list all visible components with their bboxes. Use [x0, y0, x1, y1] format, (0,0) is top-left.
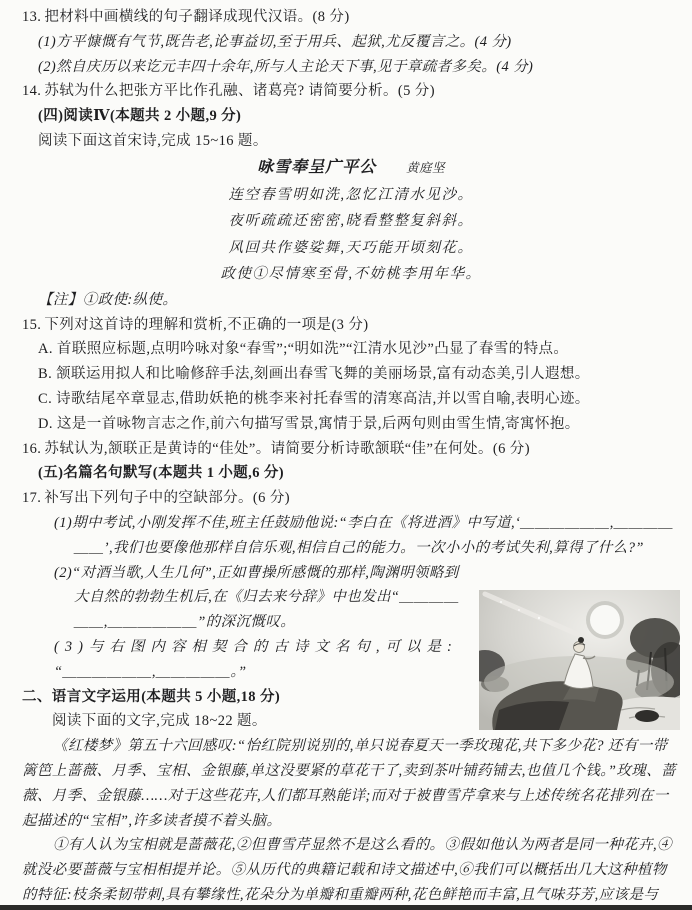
question-13-number: 13. [22, 9, 44, 25]
passage-paragraph-2: ①有人认为宝相就是蔷薇花,②但曹雪芹显然不是这么看的。③假如他认为两者是同一种花… [22, 833, 680, 907]
section-5-header: (五)名篇名句默写(本题共 1 小题,6 分) [22, 461, 680, 486]
poem-header: 咏雪奉呈广平公黄庭坚 [22, 154, 680, 182]
question-17-number: 17. [22, 490, 44, 506]
scan-edge-bar [0, 905, 692, 910]
poem-author: 黄庭坚 [406, 161, 445, 175]
question-15-number: 15. [22, 317, 44, 333]
question-13-item-1: (1)方平慷慨有气节,既告老,论事益切,至于用兵、起狱,尤反覆言之。(4 分) [22, 30, 680, 55]
question-16-number: 16. [22, 441, 44, 457]
passage-paragraph-1: 《红楼梦》第五十六回感叹:“怡红院别说别的,单只说春夏天一季玫瑰花,共下多少花?… [22, 734, 680, 833]
poem-line: 连空春雪明如洗,忽忆江清水见沙。 [22, 182, 680, 209]
question-17-text: 补写出下列句子中的空缺部分。(6 分) [44, 490, 290, 506]
question-14-text: 苏轼为什么把张方平比作孔融、诸葛亮? 请简要分析。(5 分) [44, 83, 435, 99]
question-15-option-a: A. 首联照应标题,点明吟咏对象“春雪”;“明如洗”“江清水见沙”凸显了春雪的特… [22, 337, 680, 362]
poem-line: 政使①尽情寒至骨,不妨桃李用年华。 [22, 261, 680, 288]
question-17-item-3-label: (3)与右图内容相契合的古诗文名句,可以是: [54, 639, 458, 655]
question-15-option-c: C. 诗歌结尾卒章显志,借助妖艳的桃李来衬托春雪的清寒高洁,并以雪自喻,表明心迹… [22, 387, 680, 412]
poem-reading-intro: 阅读下面这首宋诗,完成 15~16 题。 [22, 129, 680, 154]
ink-painting-illustration [479, 590, 680, 730]
question-13-text: 把材料中画横线的句子翻译成现代汉语。(8 分) [44, 9, 349, 25]
question-14-stem: 14.苏轼为什么把张方平比作孔融、诸葛亮? 请简要分析。(5 分) [22, 79, 680, 104]
question-15-option-b: B. 颔联运用拟人和比喻修辞手法,刻画出春雪飞舞的美丽场景,富有动态美,引人遐想… [22, 362, 680, 387]
scholar-moon-ink-painting [479, 590, 680, 730]
question-15-text: 下列对这首诗的理解和赏析,不正确的一项是(3 分) [44, 317, 368, 333]
question-14-number: 14. [22, 83, 44, 99]
question-16-stem: 16.苏轼认为,颔联正是黄诗的“佳处”。请简要分析诗歌颔联“佳”在何处。(6 分… [22, 437, 680, 462]
poem-title: 咏雪奉呈广平公 [257, 159, 376, 176]
question-16-text: 苏轼认为,颔联正是黄诗的“佳处”。请简要分析诗歌颔联“佳”在何处。(6 分) [44, 441, 530, 457]
poem-line: 夜听疏疏还密密,晓看整整复斜斜。 [22, 208, 680, 235]
question-17-stem: 17.补写出下列句子中的空缺部分。(6 分) [22, 486, 680, 511]
section-4-header: (四)阅读Ⅳ(本题共 2 小题,9 分) [22, 104, 680, 129]
exam-page: 13.把材料中画横线的句子翻译成现代汉语。(8 分) (1)方平慷慨有气节,既告… [0, 0, 692, 908]
poem-note: 【注】①政使:纵使。 [22, 288, 680, 313]
poem-line: 风回共作婆娑舞,天巧能开顷刻花。 [22, 235, 680, 262]
question-13-stem: 13.把材料中画横线的句子翻译成现代汉语。(8 分) [22, 5, 680, 30]
question-13-item-2: (2)然自庆历以来讫元丰四十余年,所与人主论天下事,见于章疏者多矣。(4 分) [22, 55, 680, 80]
question-15-stem: 15.下列对这首诗的理解和赏析,不正确的一项是(3 分) [22, 313, 680, 338]
question-15-option-d: D. 这是一首咏物言志之作,前六句描写雪景,寓情于景,后两句则由雪生情,寄寓怀抱… [22, 412, 680, 437]
question-17-item-1: (1)期中考试,小刚发挥不佳,班主任鼓励他说:“李白在《将进酒》中写道,‘＿＿＿… [22, 511, 680, 561]
